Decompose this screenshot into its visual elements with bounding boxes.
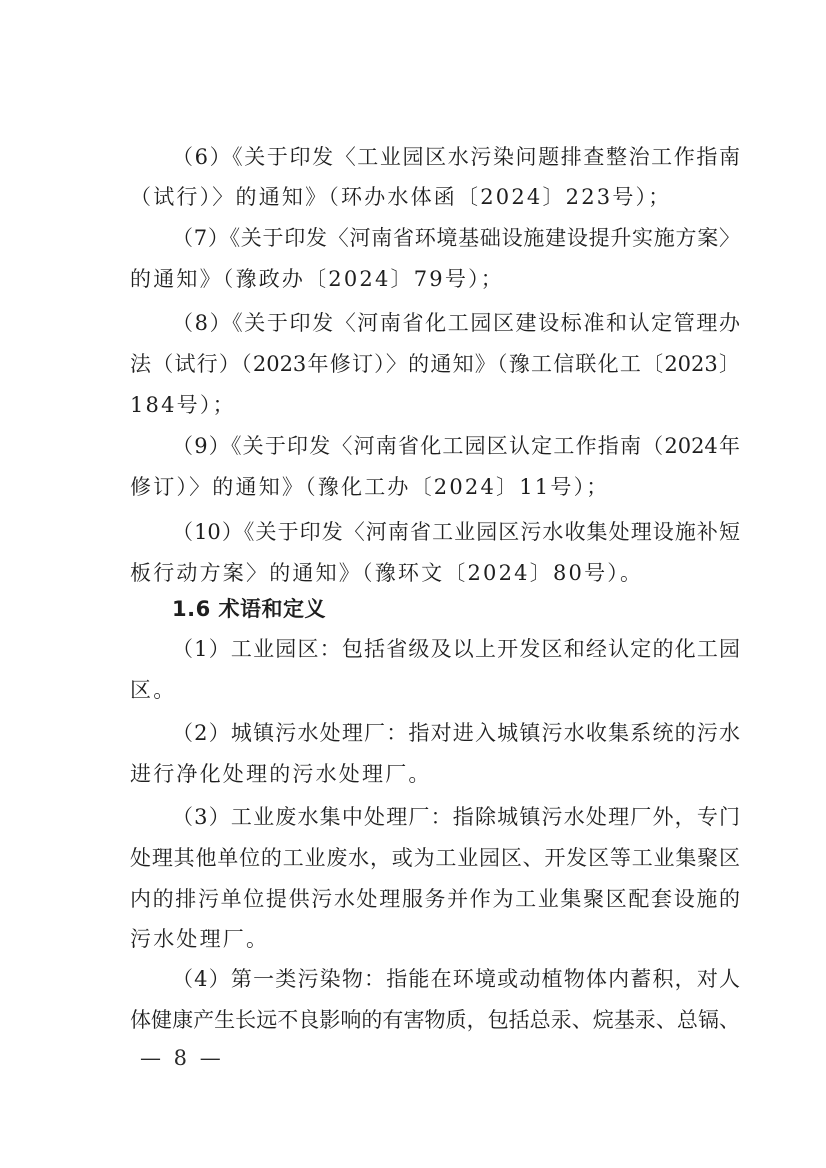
definition-3-line-4: 污水处理厂。: [130, 924, 740, 954]
page-number: — 8 —: [140, 1043, 224, 1073]
reference-6-line-2: （试行）〉的通知》（环办水体函〔2024〕223号）；: [130, 182, 740, 212]
reference-9-line-1: （9）《关于印发〈河南省化工园区认定工作指南（2024年: [172, 431, 740, 461]
definition-2-line-2: 进行净化处理的污水处理厂。: [130, 759, 740, 789]
definition-2-line-1: （2）城镇污水处理厂：指对进入城镇污水收集系统的污水: [172, 718, 740, 748]
section-heading: 1.6 术语和定义: [172, 594, 740, 624]
definition-4-line-1: （4）第一类污染物：指能在环境或动植物体内蓄积，对人: [172, 964, 740, 994]
definition-1-line-1: （1）工业园区：包括省级及以上开发区和经认定的化工园: [172, 634, 740, 664]
definition-1-line-2: 区。: [130, 675, 740, 705]
reference-7-line-1: （7）《关于印发〈河南省环境基础设施建设提升实施方案〉: [172, 223, 740, 253]
reference-7-line-2: 的通知》（豫政办〔2024〕79号）；: [130, 264, 740, 294]
definition-4-line-2: 体健康产生长远不良影响的有害物质，包括总汞、烷基汞、总镉、: [130, 1005, 740, 1035]
reference-6-line-1: （6）《关于印发〈工业园区水污染问题排查整治工作指南: [172, 142, 740, 172]
reference-8-line-3: 184号）；: [130, 390, 740, 420]
reference-8-line-2: 法（试行）（2023年修订）〉的通知》（豫工信联化工〔2023〕: [130, 349, 740, 379]
definition-3-line-3: 内的排污单位提供污水处理服务并作为工业集聚区配套设施的: [130, 884, 740, 914]
definition-3-line-2: 处理其他单位的工业废水，或为工业园区、开发区等工业集聚区: [130, 843, 740, 873]
reference-8-line-1: （8）《关于印发〈河南省化工园区建设标准和认定管理办: [172, 308, 740, 338]
definition-3-line-1: （3）工业废水集中处理厂：指除城镇污水处理厂外，专门: [172, 802, 740, 832]
reference-9-line-2: 修订）〉的通知》（豫化工办〔2024〕11号）；: [130, 472, 740, 502]
reference-10-line-1: （10）《关于印发〈河南省工业园区污水收集处理设施补短: [172, 517, 740, 547]
reference-10-line-2: 板行动方案〉的通知》（豫环文〔2024〕80号）。: [130, 558, 740, 588]
